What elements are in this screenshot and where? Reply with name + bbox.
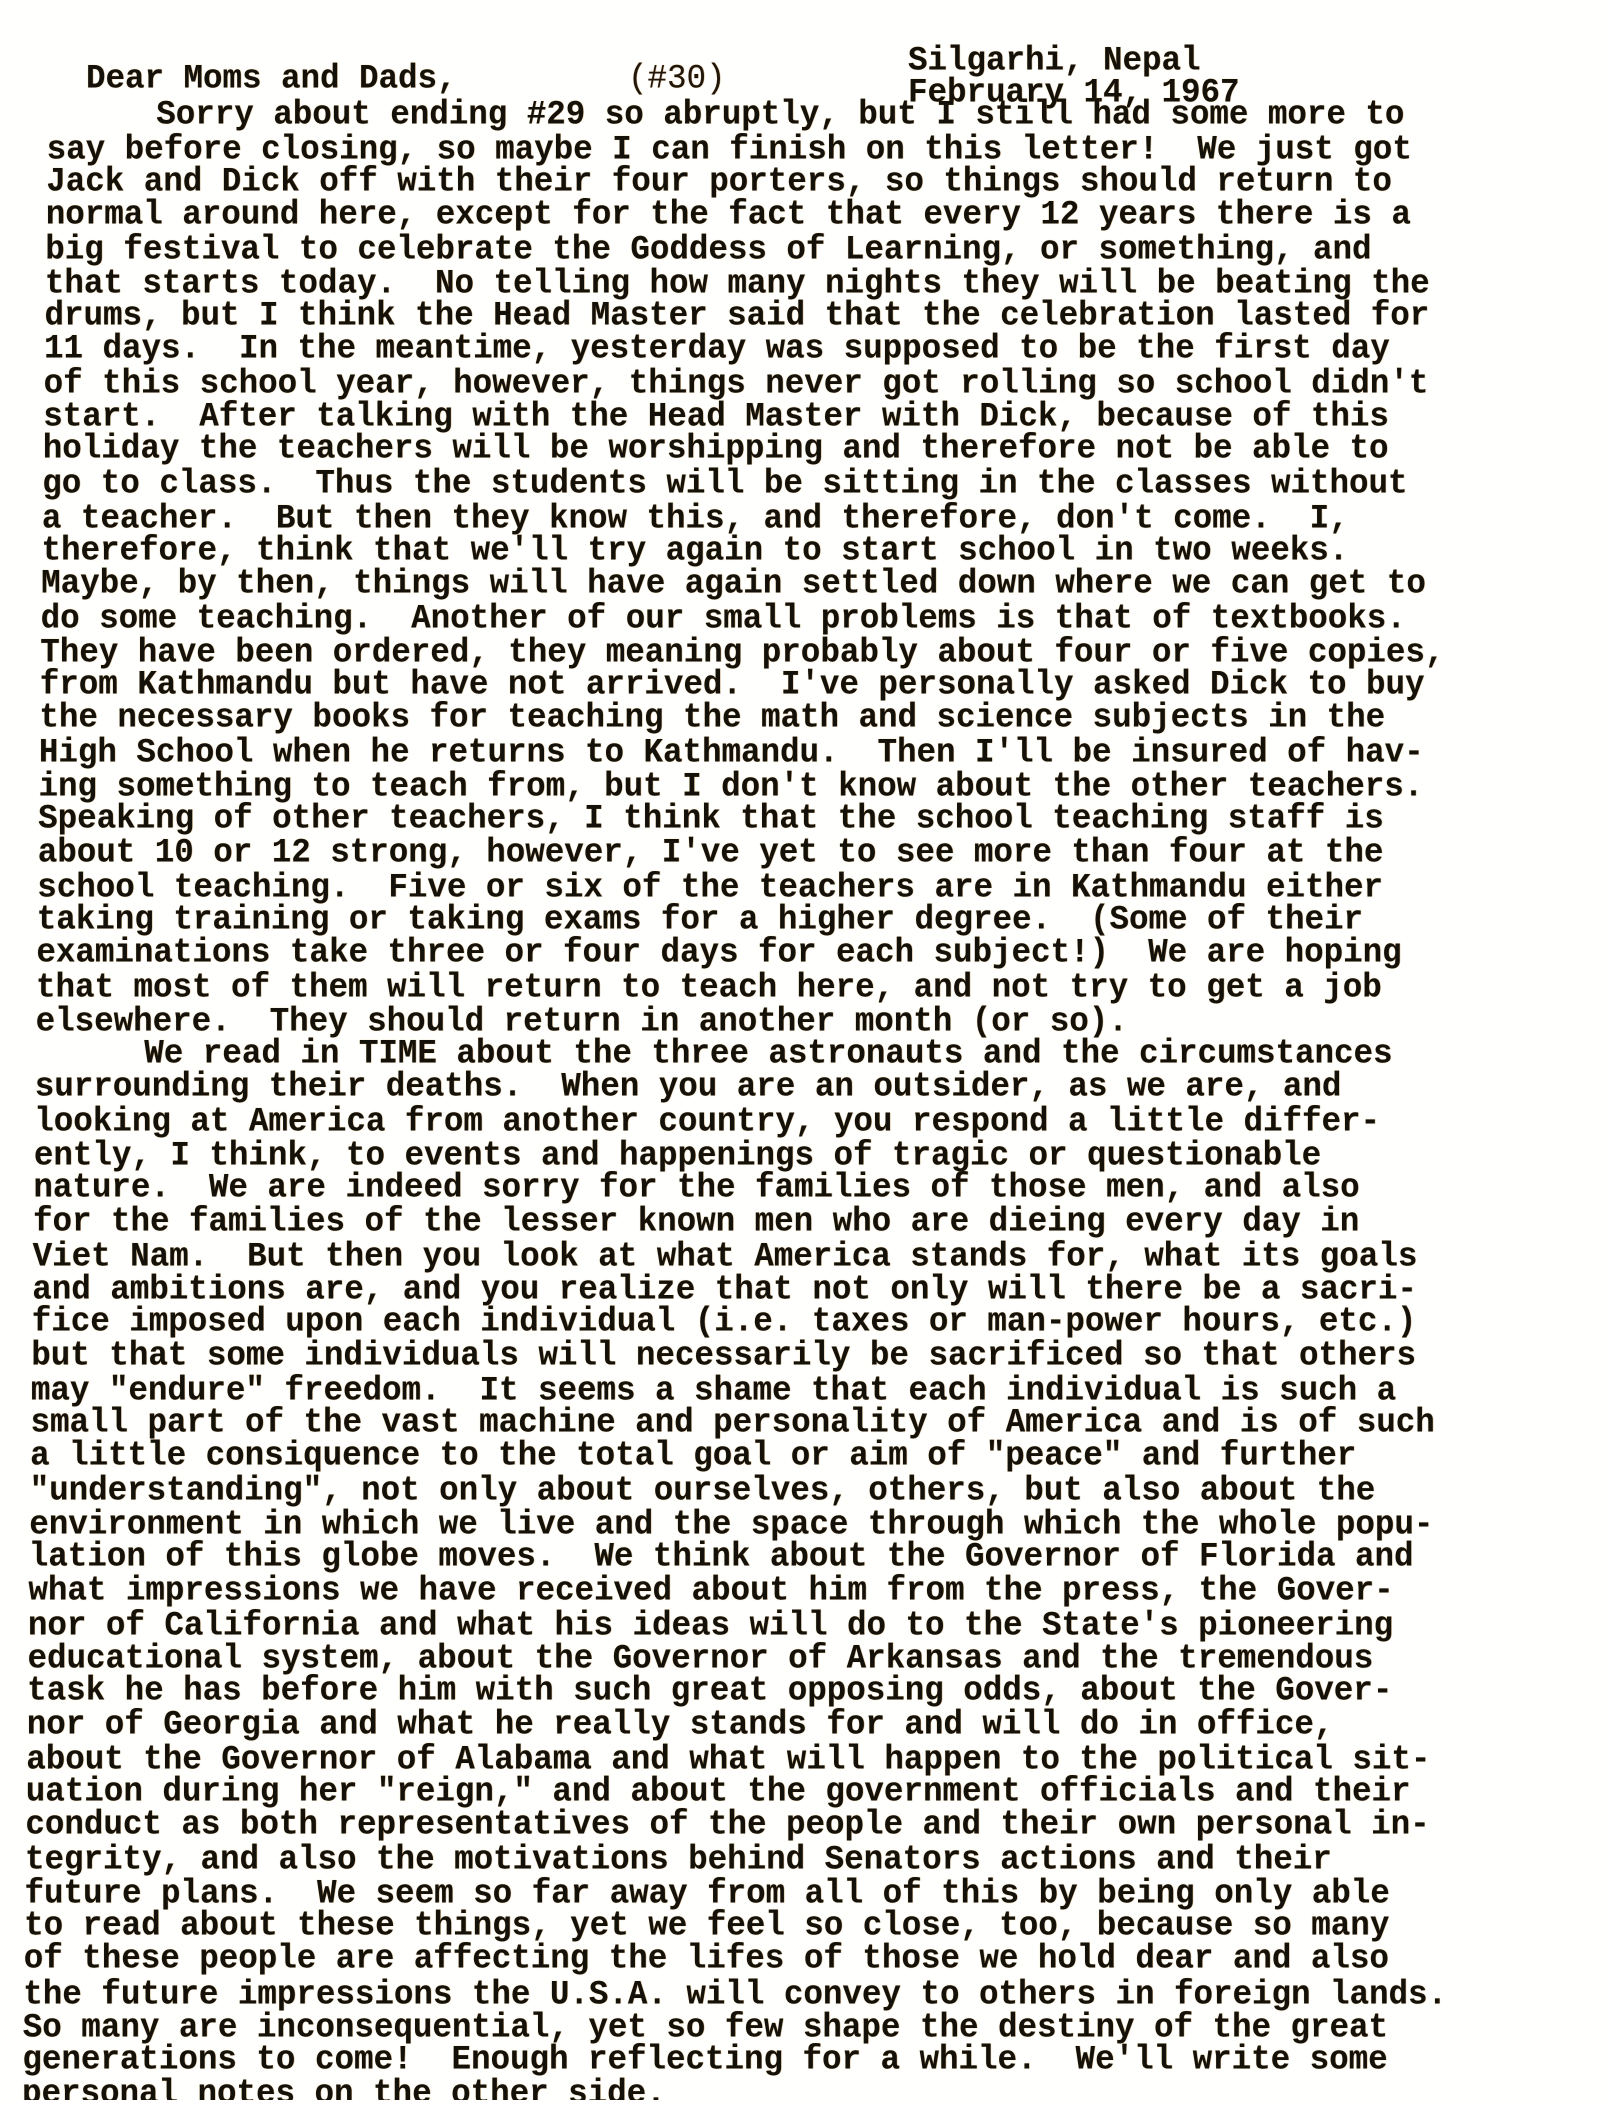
letter-page: Silgarhi, Nepal Dear Moms and Dads, (#30…: [0, 0, 1607, 2114]
page-bottom-edge: [0, 2100, 1607, 2114]
letter-line: nature. We are indeed sorry for the fami…: [33, 1170, 1359, 1206]
letter-line: surrounding their deaths. When you are a…: [35, 1069, 1342, 1105]
letter-line: Speaking of other teachers, I think that…: [38, 800, 1384, 836]
letter-line: go to class. Thus the students will be s…: [42, 466, 1407, 502]
letter-line: lation of this globe moves. We think abo…: [29, 1539, 1414, 1575]
letter-number: (#30): [628, 61, 726, 97]
letter-line: "understanding", not only about ourselve…: [30, 1473, 1376, 1509]
letter-line: nor of Georgia and what he really stands…: [27, 1707, 1334, 1743]
letter-line: holiday the teachers will be worshipping…: [43, 431, 1389, 467]
letter-line: 11 days. In the meantime, yesterday was …: [44, 331, 1390, 367]
letter-line: tegrity, and also the motivations behind…: [25, 1842, 1332, 1878]
letter-line: of these people are affecting the lifes …: [24, 1941, 1389, 1977]
letter-line: about 10 or 12 strong, however, I've yet…: [38, 835, 1384, 871]
letter-line: but that some individuals will necessari…: [31, 1338, 1416, 1374]
letter-salutation: Dear Moms and Dads,: [86, 61, 457, 97]
letter-line: do some teaching. Another of our small p…: [41, 601, 1406, 637]
letter-line: Sorry about ending #29 so abruptly, but …: [156, 97, 1404, 133]
letter-line: what impressions we have received about …: [28, 1572, 1393, 1608]
letter-line: Maybe, by then, things will have again s…: [41, 565, 1426, 601]
letter-line: conduct as both representatives of the p…: [25, 1807, 1429, 1843]
letter-line: big festival to celebrate the Goddess of…: [45, 232, 1371, 268]
letter-line: a little consiquence to the total goal o…: [30, 1438, 1356, 1474]
letter-line: that most of them will return to teach h…: [36, 970, 1382, 1006]
letter-line: task he has before him with such great o…: [27, 1673, 1392, 1709]
letter-line: examinations take three or four days for…: [36, 935, 1401, 971]
letter-line: generations to come! Enough reflecting f…: [22, 2042, 1387, 2078]
letter-line: for the families of the lesser known men…: [33, 1204, 1359, 1240]
letter-line: normal around here, except for the fact …: [46, 196, 1411, 232]
letter-line: fice imposed upon each individual (i.e. …: [32, 1304, 1417, 1340]
letter-line: the necessary books for teaching the mat…: [39, 700, 1385, 736]
